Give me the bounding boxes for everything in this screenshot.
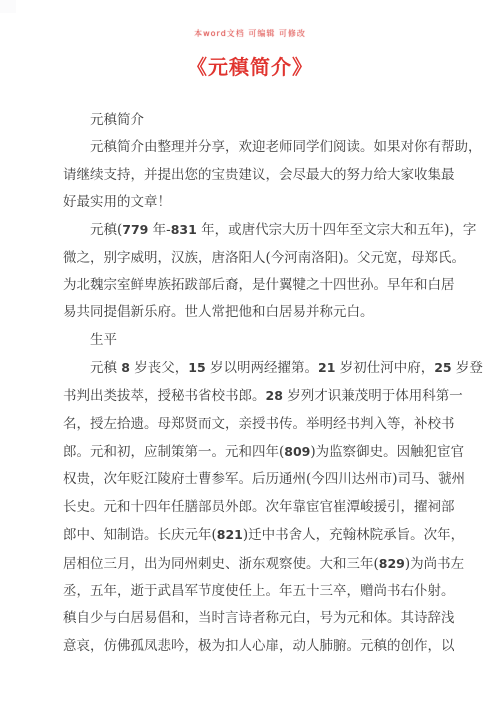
body-line: 元稹简介 [63,107,437,134]
body-line: 请继续支持，并提出您的宝贵建议，会尽最大的努力给大家收集最 [63,162,437,189]
document-title: 《元稹简介》 [0,54,500,80]
body-line: 郎中、知制诰。长庆元年(821)迁中书舍人，充翰林院承旨。次年， [63,521,437,549]
document-body: 元稹简介 元稹简介由整理并分享，欢迎老师同学们阅读。如果对你有帮助， 请继续支持… [63,107,437,660]
body-line: 微之，别字威明，汉族，唐洛阳人(今河南洛阳)。父元宽，母郑氏。 [63,245,437,272]
body-line: 元稹 8 岁丧父，15 岁以明两经擢第。21 岁初仕河中府，25 岁登 [63,354,437,382]
body-line: 丞，五年，逝于武昌军节度使任上。年五十三卒，赠尚书右仆射。 [63,578,437,605]
body-line: 易共同提倡新乐府。世人常把他和白居易并称元白。 [63,299,437,326]
body-line: 生平 [63,327,437,354]
body-line: 元稹(779 年-831 年，或唐代宗大历十四年至文宗大和五年)，字 [63,216,437,244]
word-document-page: { "page": { "watermark": "本word文档 可编辑 可修… [0,0,500,708]
scan-artifact [0,0,16,13]
body-line: 为北魏宗室鲜卑族拓跋部后裔，是什翼犍之十四世孙。早年和白居 [63,272,437,299]
body-line: 意哀，仿佛孤凤悲吟，极为扣人心扉，动人肺腑。元稹的创作，以 [63,633,437,660]
body-line: 元稹简介由整理并分享，欢迎老师同学们阅读。如果对你有帮助， [63,134,437,161]
body-line: 书判出类拔萃，授秘书省校书郎。28 岁列才识兼茂明于体用科第一 [63,382,437,410]
body-line: 长史。元和十四年任膳部员外郎。次年靠宦官崔潭峻援引，擢祠部 [63,494,437,521]
watermark-text: 本word文档 可编辑 可修改 [0,28,500,40]
body-line: 居相位三月，出为同州刺史、浙东观察使。大和三年(829)为尚书左 [63,550,437,578]
body-line: 稹自少与白居易倡和，当时言诗者称元白，号为元和体。其诗辞浅 [63,605,437,632]
body-line: 好最实用的文章！ [63,189,437,216]
body-line: 名，授左拾遗。母郑贤而文，亲授书传。举明经书判入等，补校书 [63,411,437,438]
body-line: 权贵，次年贬江陵府士曹参军。后历通州(今四川达州市)司马、虢州 [63,466,437,493]
body-line: 郎。元和初，应制策第一。元和四年(809)为监察御史。因触犯宦官 [63,438,437,466]
